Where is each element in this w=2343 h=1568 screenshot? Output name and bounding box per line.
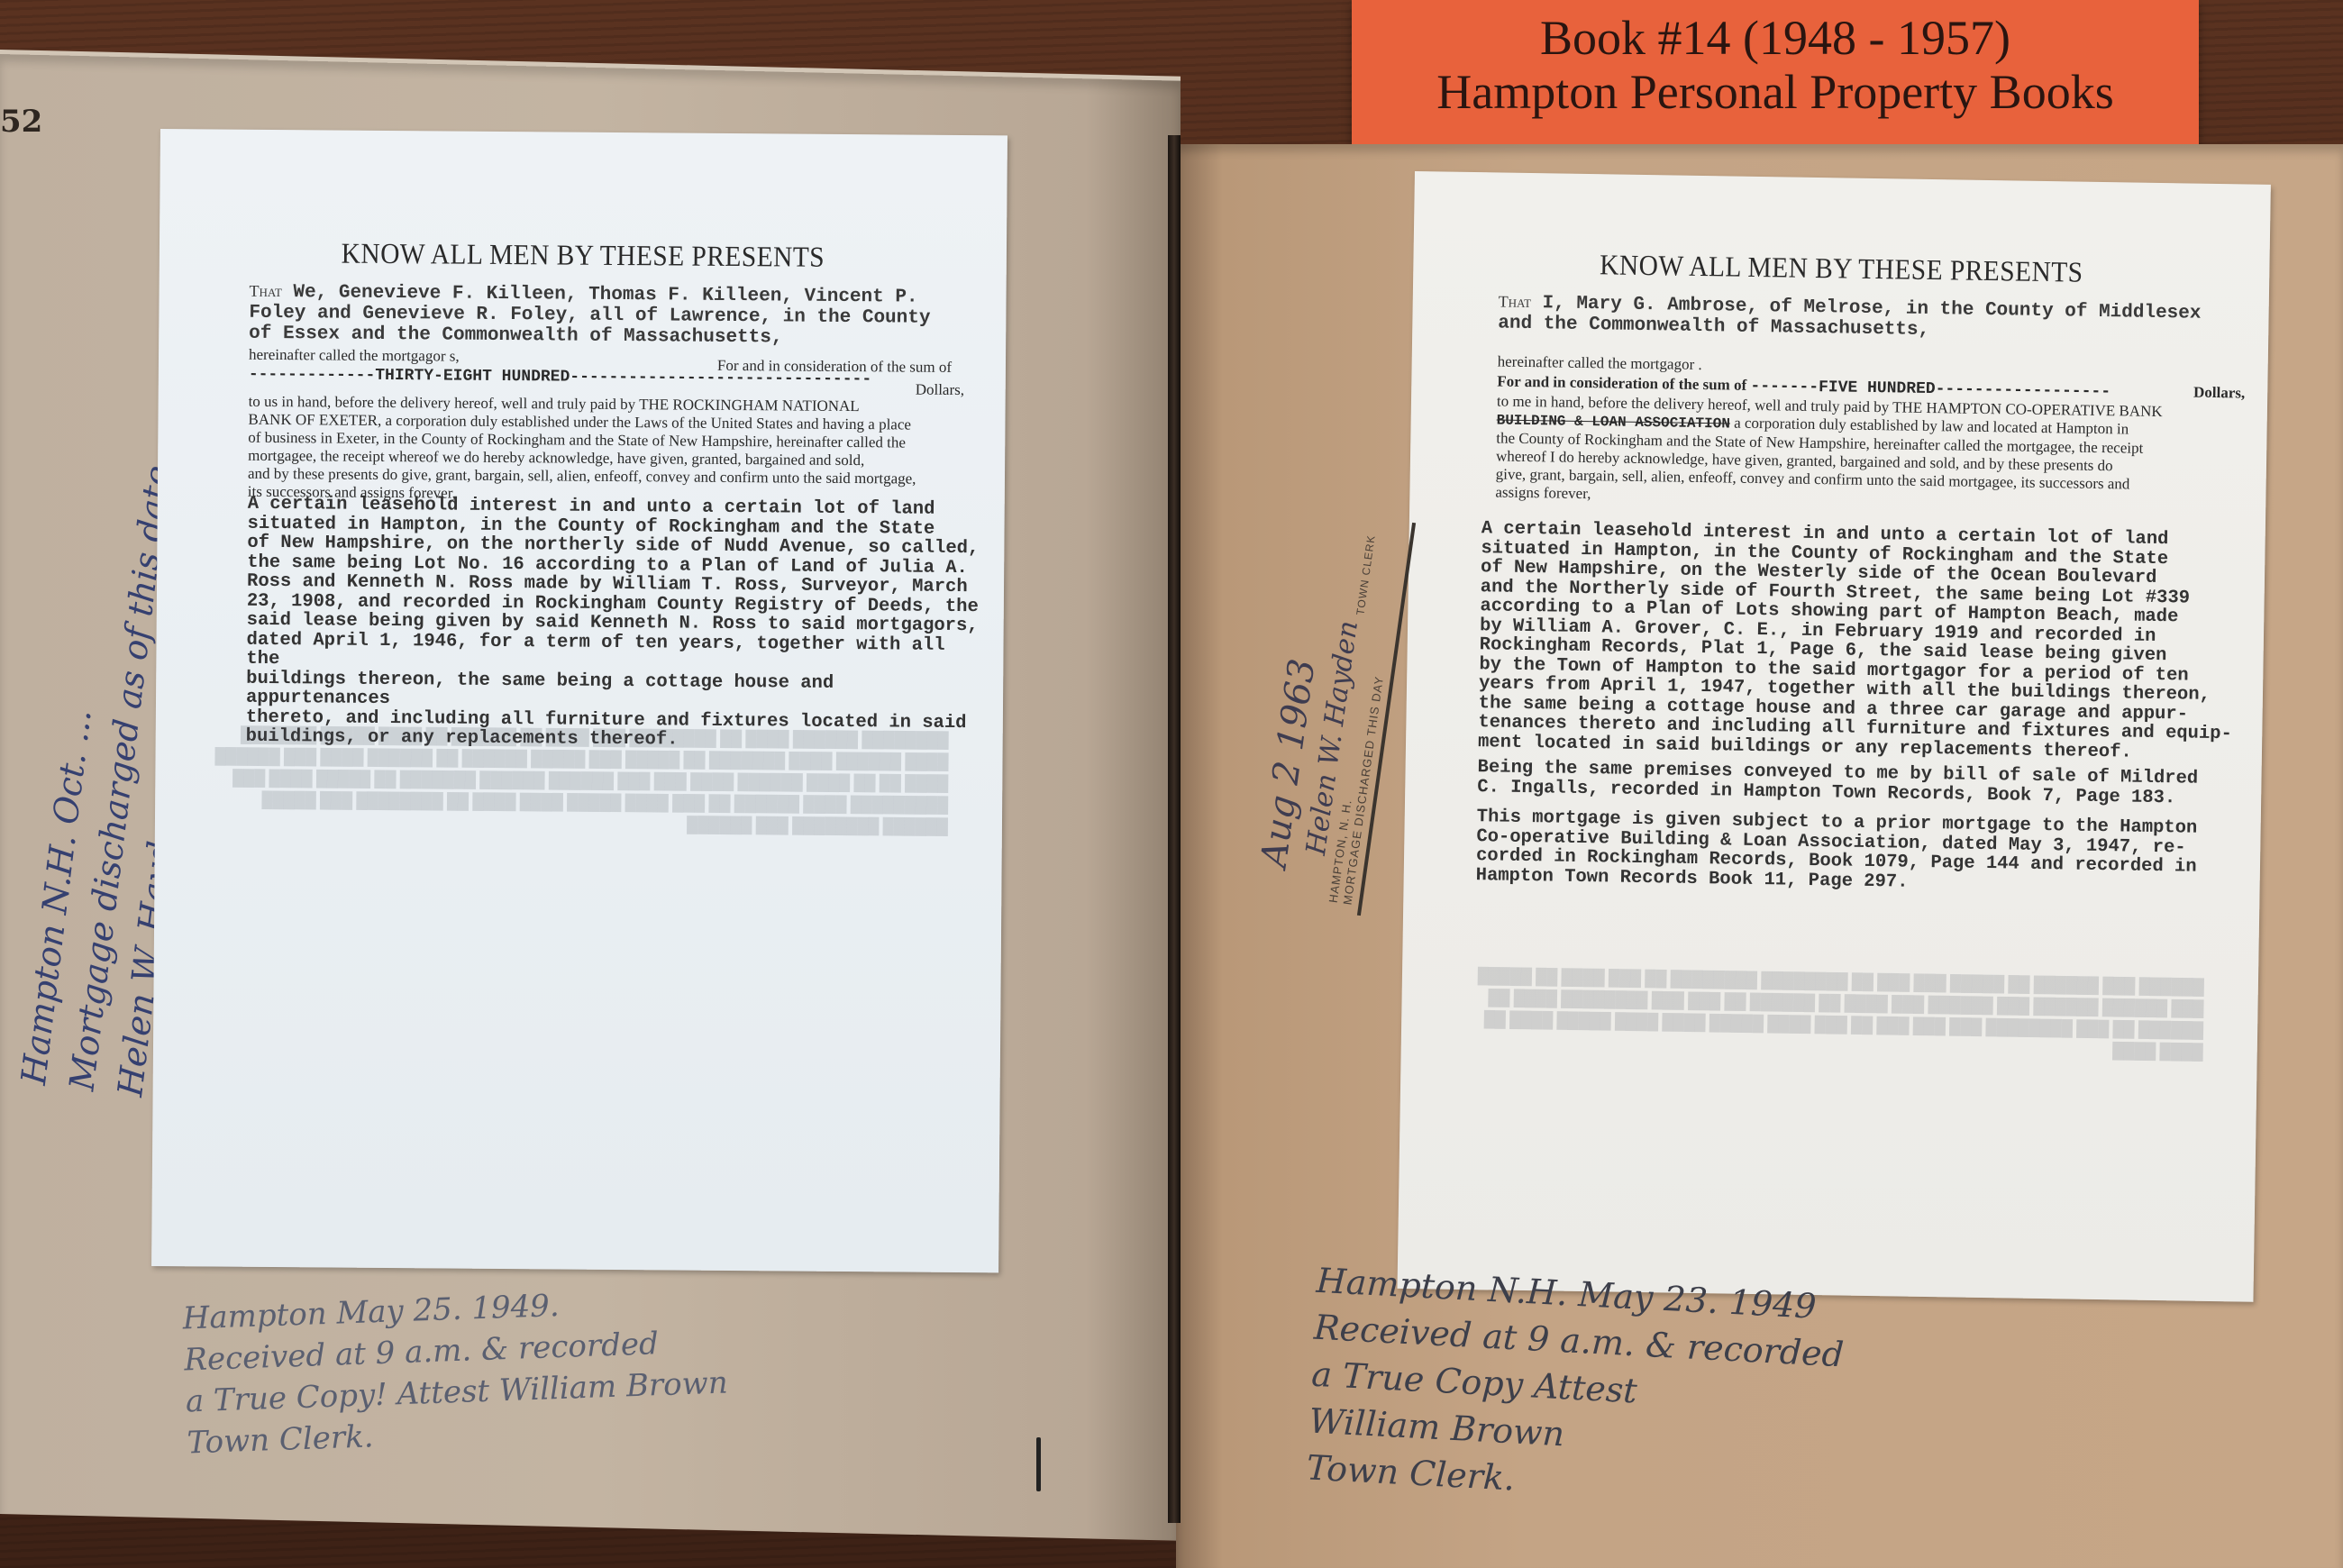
property-description: A certain leasehold interest in and unto… (246, 495, 987, 752)
document-heading: KNOW ALL MEN BY THESE PRESENTS (193, 235, 972, 275)
property-description: A certain leasehold interest in and unto… (1478, 519, 2256, 763)
terms-text: to us in hand, before the delivery hereo… (248, 393, 970, 506)
parties-text: That I, Mary G. Ambrose, of Melrose, in … (1498, 291, 2247, 345)
left-mortgage-document: KNOW ALL MEN BY THESE PRESENTS That We, … (151, 129, 1007, 1272)
right-mortgage-document: KNOW ALL MEN BY THESE PRESENTS That I, M… (1398, 171, 2271, 1302)
label-title: Book #14 (1948 - 1957) (1352, 11, 2199, 65)
dollars-text: Dollars, (916, 381, 964, 399)
right-recording-note: Hampton N.H. May 23. 1949 Received at 9 … (1306, 1257, 1847, 1518)
mortgagor-line: hereinafter called the mortgagor s, (249, 346, 460, 366)
page-number: 52 (0, 104, 42, 140)
document-heading: KNOW ALL MEN BY THESE PRESENTS (1447, 246, 2235, 292)
mortgagor-line: hereinafter called the mortgagor . (1498, 352, 1702, 374)
book-spine (1168, 135, 1181, 1523)
terms-text: to me in hand, before the delivery hereo… (1495, 392, 2272, 513)
prior-mortgage-text: This mortgage is given subject to a prio… (1476, 807, 2252, 897)
consideration-text: For and in consideration of the sum of (717, 357, 952, 377)
parties-text: That We, Genevieve F. Killeen, Thomas F.… (249, 281, 962, 350)
reverse-side-show-through: ████████ ██████ ████ ██ ████████ ███ ███… (209, 724, 949, 837)
book-label-card: Book #14 (1948 - 1957) Hampton Personal … (1352, 0, 2199, 149)
premises-text: Being the same premises conveyed to me b… (1477, 758, 2253, 809)
ink-mark (1036, 1437, 1041, 1491)
reverse-side-show-through: ██████ ███ ██████ ██ █████ ███ ███ ██ ██… (1455, 965, 2204, 1063)
label-subtitle: Hampton Personal Property Books (1352, 65, 2199, 119)
left-recording-note: Hampton May 25. 1949. Received at 9 a.m.… (182, 1280, 730, 1464)
